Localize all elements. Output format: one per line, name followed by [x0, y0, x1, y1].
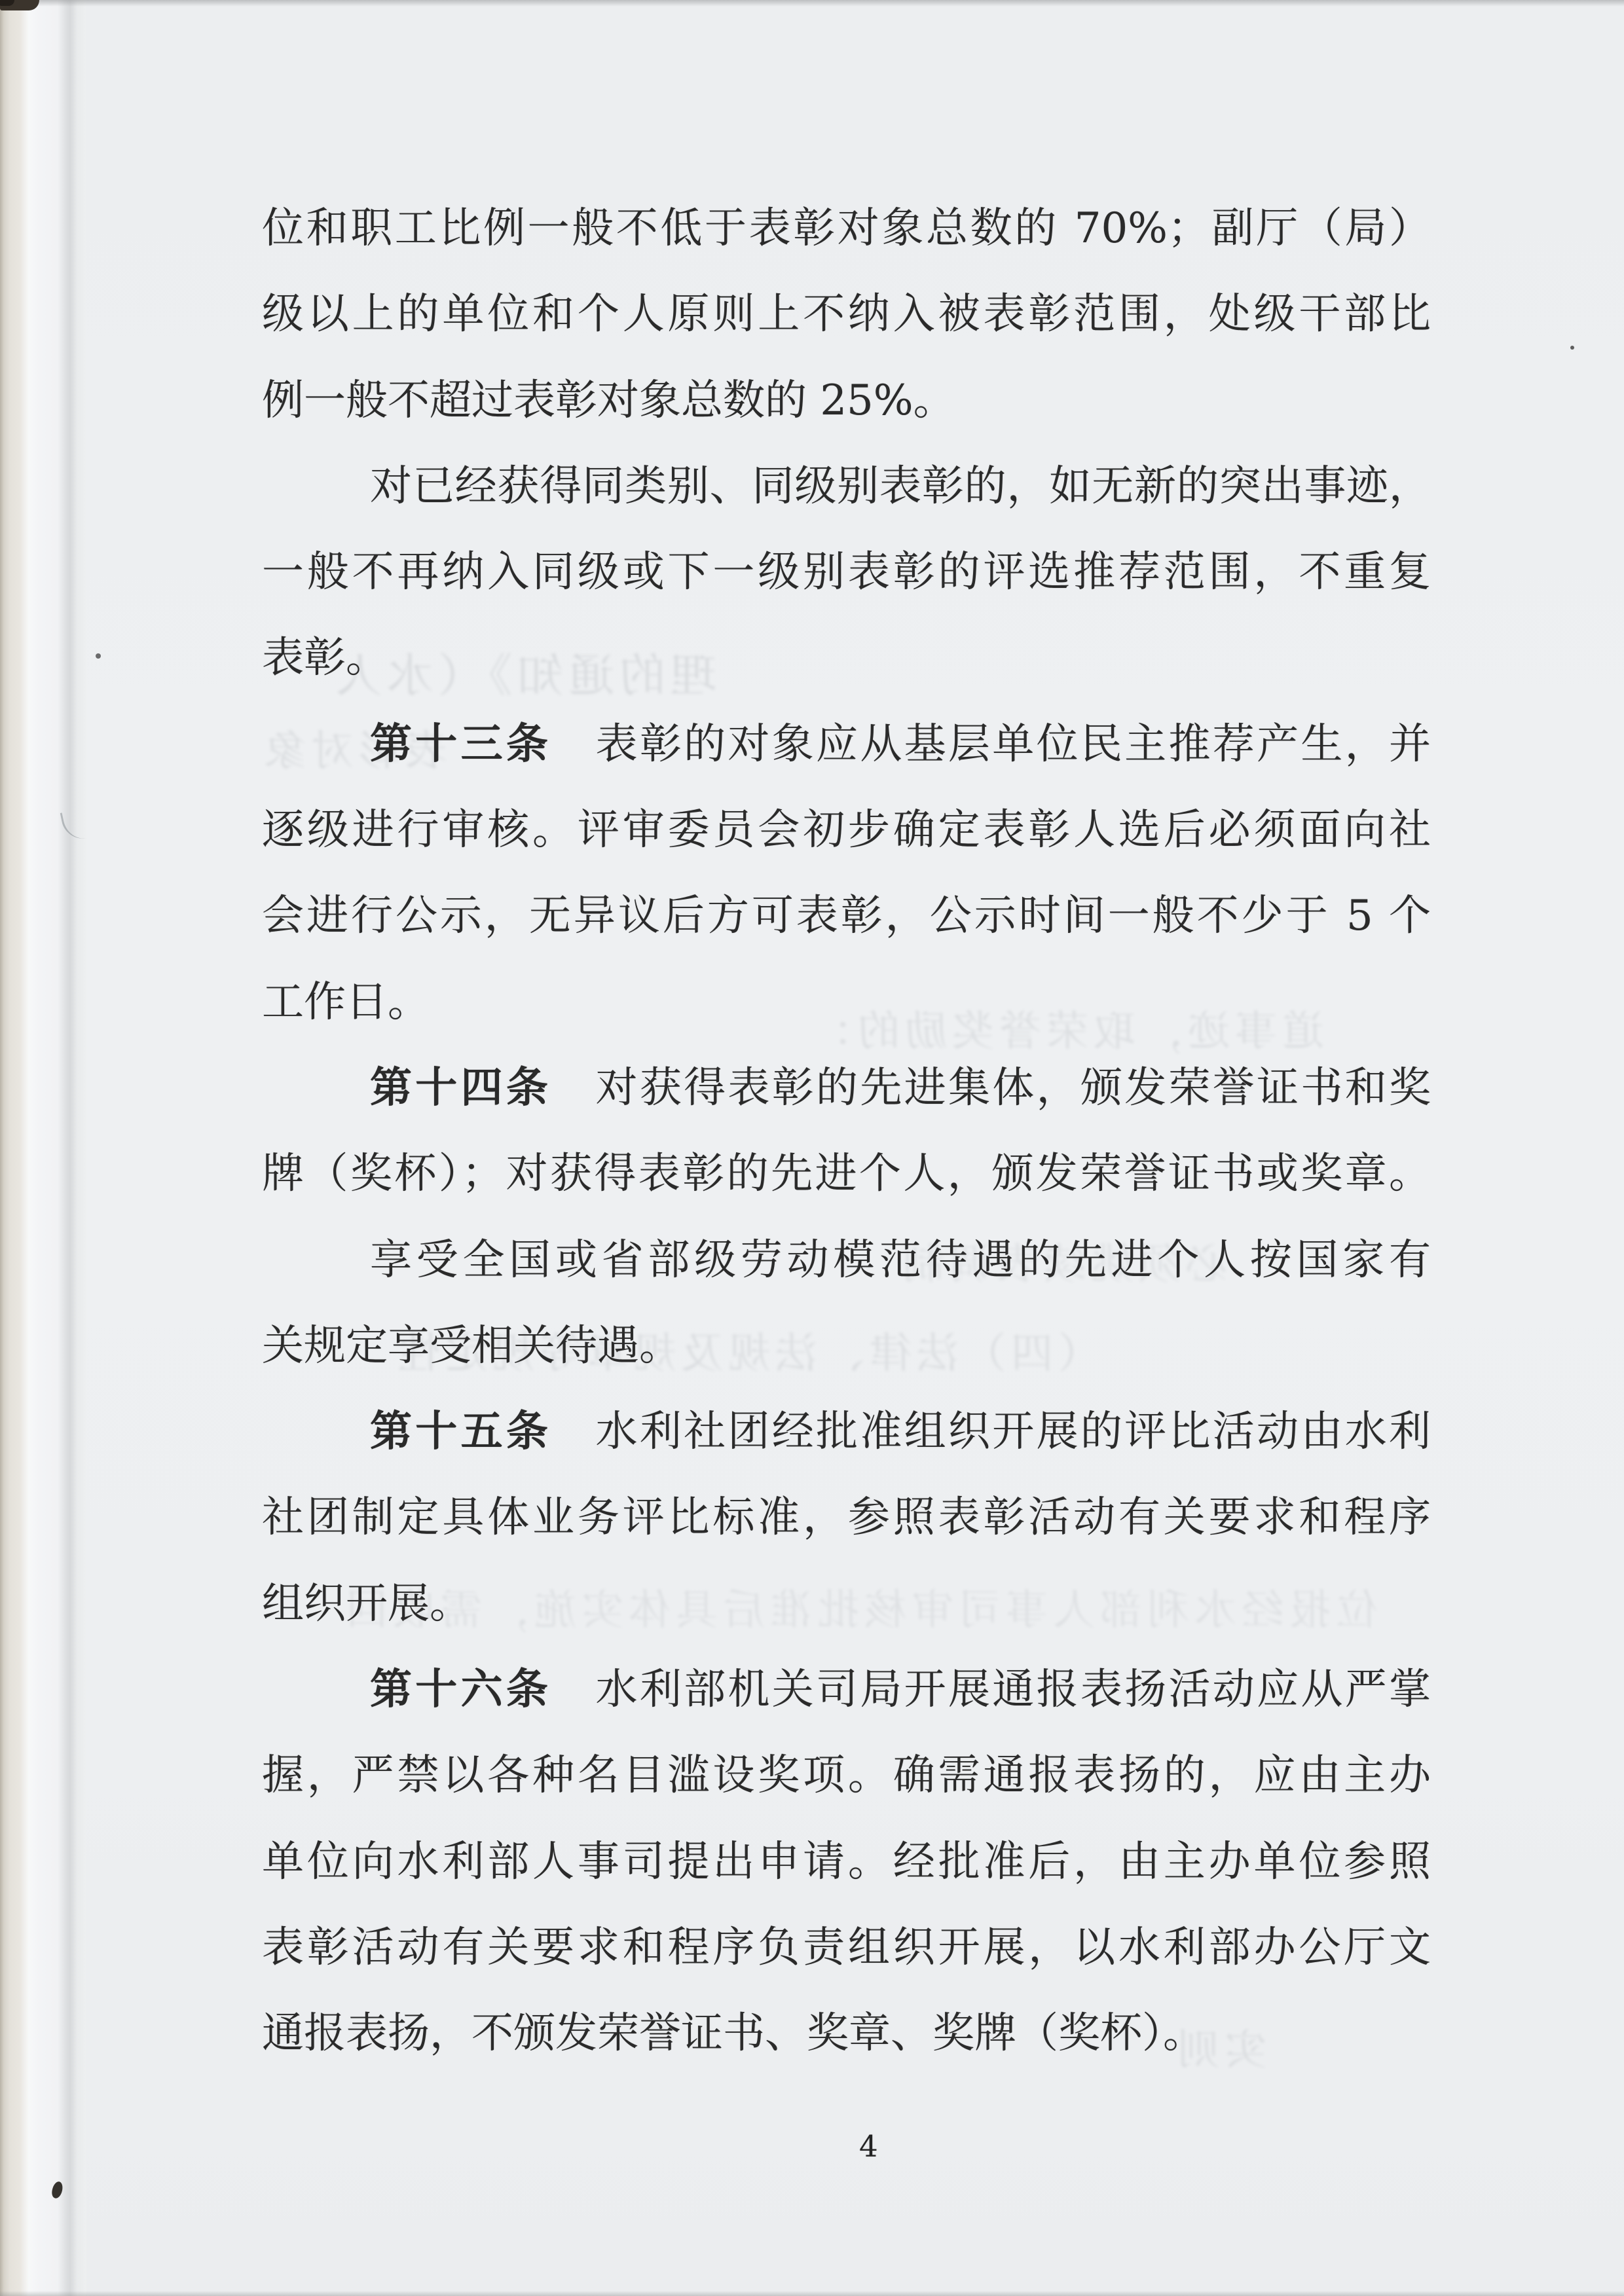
scan-bottom-edge	[0, 2291, 1624, 2296]
body-text-run: 级以上的单位和个人原则上不纳入被表彰范围，处级干部比	[262, 290, 1431, 338]
body-text-run: 工作日。	[262, 978, 430, 1027]
text-line: 第十四条 对获得表彰的先进集体，颁发荣誉证书和奖	[262, 1046, 1431, 1131]
body-text-run: 表彰的对象应从基层单位民主推荐产生，并	[551, 720, 1431, 769]
body-text-run: 通报表扬，不颁发荣誉证书、奖章、奖牌（奖杯）。	[262, 2009, 1205, 2058]
text-line: 表彰活动有关要求和程序负责组织开展，以水利部办公厅文	[262, 1905, 1431, 1991]
body-text-run: 表彰活动有关要求和程序负责组织开展，以水利部办公厅文	[262, 1923, 1431, 1972]
dust-speck	[1570, 346, 1574, 350]
scanner-corner-shadow	[0, 0, 39, 10]
article-number: 第十四条	[370, 1064, 551, 1112]
text-line: 享受全国或省部级劳动模范待遇的先进个人按国家有	[262, 1218, 1431, 1303]
text-line: 会进行公示，无异议后方可表彰，公示时间一般不少于 5 个	[262, 873, 1431, 959]
page-body: 位和职工比例一般不低于表彰对象总数的 70%；副厅（局）级以上的单位和个人原则上…	[262, 186, 1431, 2077]
body-text-run: 社团制定具体业务评比标准，参照表彰活动有关要求和程序	[262, 1493, 1431, 1542]
text-line: 逐级进行审核。评审委员会初步确定表彰人选后必须面向社	[262, 788, 1431, 873]
text-line: 社团制定具体业务评比标准，参照表彰活动有关要求和程序	[262, 1475, 1431, 1561]
dust-speck	[96, 653, 101, 659]
text-line: 工作日。	[262, 960, 1431, 1046]
text-line: 牌（奖杯）；对获得表彰的先进个人，颁发荣誉证书或奖章。	[262, 1131, 1431, 1217]
text-line: 一般不再纳入同级或下一级别表彰的评选推荐范围，不重复	[262, 530, 1431, 615]
text-line: 第十五条 水利社团经批准组织开展的评比活动由水利	[262, 1389, 1431, 1475]
text-line: 握，严禁以各种名目滥设奖项。确需通报表扬的，应由主办	[262, 1733, 1431, 1819]
body-text-run: 一般不再纳入同级或下一级别表彰的评选推荐范围，不重复	[262, 548, 1431, 596]
body-text-run: 关规定享受相关待遇。	[262, 1322, 681, 1370]
scanned-document-page: 表彰对象道事迹，取荣誉奖励的：（四）法律、法规及规章等规定性位报经水利部人事司审…	[0, 0, 1624, 2296]
body-text-run: 对已经获得同类别、同级别表彰的，如无新的突出事迹，	[370, 462, 1431, 511]
text-line: 表彰。	[262, 615, 1431, 701]
text-line: 第十六条 水利部机关司局开展通报表扬活动应从严掌	[262, 1647, 1431, 1733]
text-line: 例一般不超过表彰对象总数的 25%。	[262, 358, 1431, 444]
body-text-run: 会进行公示，无异议后方可表彰，公示时间一般不少于 5 个	[262, 892, 1431, 940]
text-line: 组织开展。	[262, 1561, 1431, 1647]
body-text-run: 牌（奖杯）；对获得表彰的先进个人，颁发荣誉证书或奖章。	[262, 1150, 1431, 1198]
body-text-run: 位和职工比例一般不低于表彰对象总数的 70%；副厅（局）	[262, 204, 1431, 253]
text-line: 对已经获得同类别、同级别表彰的，如无新的突出事迹，	[262, 444, 1431, 530]
text-line: 通报表扬，不颁发荣誉证书、奖章、奖牌（奖杯）。	[262, 1991, 1431, 2077]
page-number: 4	[859, 2129, 878, 2164]
body-text-run: 水利社团经批准组织开展的评比活动由水利	[551, 1408, 1431, 1456]
body-text-run: 逐级进行审核。评审委员会初步确定表彰人选后必须面向社	[262, 806, 1431, 854]
body-text-run: 表彰。	[262, 634, 388, 682]
article-number: 第十三条	[370, 720, 551, 769]
body-text-run: 水利部机关司局开展通报表扬活动应从严掌	[551, 1666, 1431, 1714]
body-text-run: 例一般不超过表彰对象总数的 25%。	[262, 376, 955, 425]
text-line: 位和职工比例一般不低于表彰对象总数的 70%；副厅（局）	[262, 186, 1431, 272]
body-text-run: 对获得表彰的先进集体，颁发荣誉证书和奖	[551, 1064, 1431, 1112]
text-line: 第十三条 表彰的对象应从基层单位民主推荐产生，并	[262, 702, 1431, 788]
body-text-run: 单位向水利部人事司提出申请。经批准后，由主办单位参照	[262, 1838, 1431, 1886]
body-text-run: 握，严禁以各种名目滥设奖项。确需通报表扬的，应由主办	[262, 1751, 1431, 1800]
text-line: 单位向水利部人事司提出申请。经批准后，由主办单位参照	[262, 1819, 1431, 1905]
text-line: 关规定享受相关待遇。	[262, 1303, 1431, 1389]
page-binding-edge	[0, 0, 86, 2296]
body-text-run: 享受全国或省部级劳动模范待遇的先进个人按国家有	[370, 1236, 1431, 1285]
article-number: 第十五条	[370, 1408, 551, 1456]
text-line: 级以上的单位和个人原则上不纳入被表彰范围，处级干部比	[262, 272, 1431, 357]
article-number: 第十六条	[370, 1666, 551, 1714]
body-text-run: 组织开展。	[262, 1580, 471, 1628]
scan-top-edge	[0, 0, 1624, 7]
